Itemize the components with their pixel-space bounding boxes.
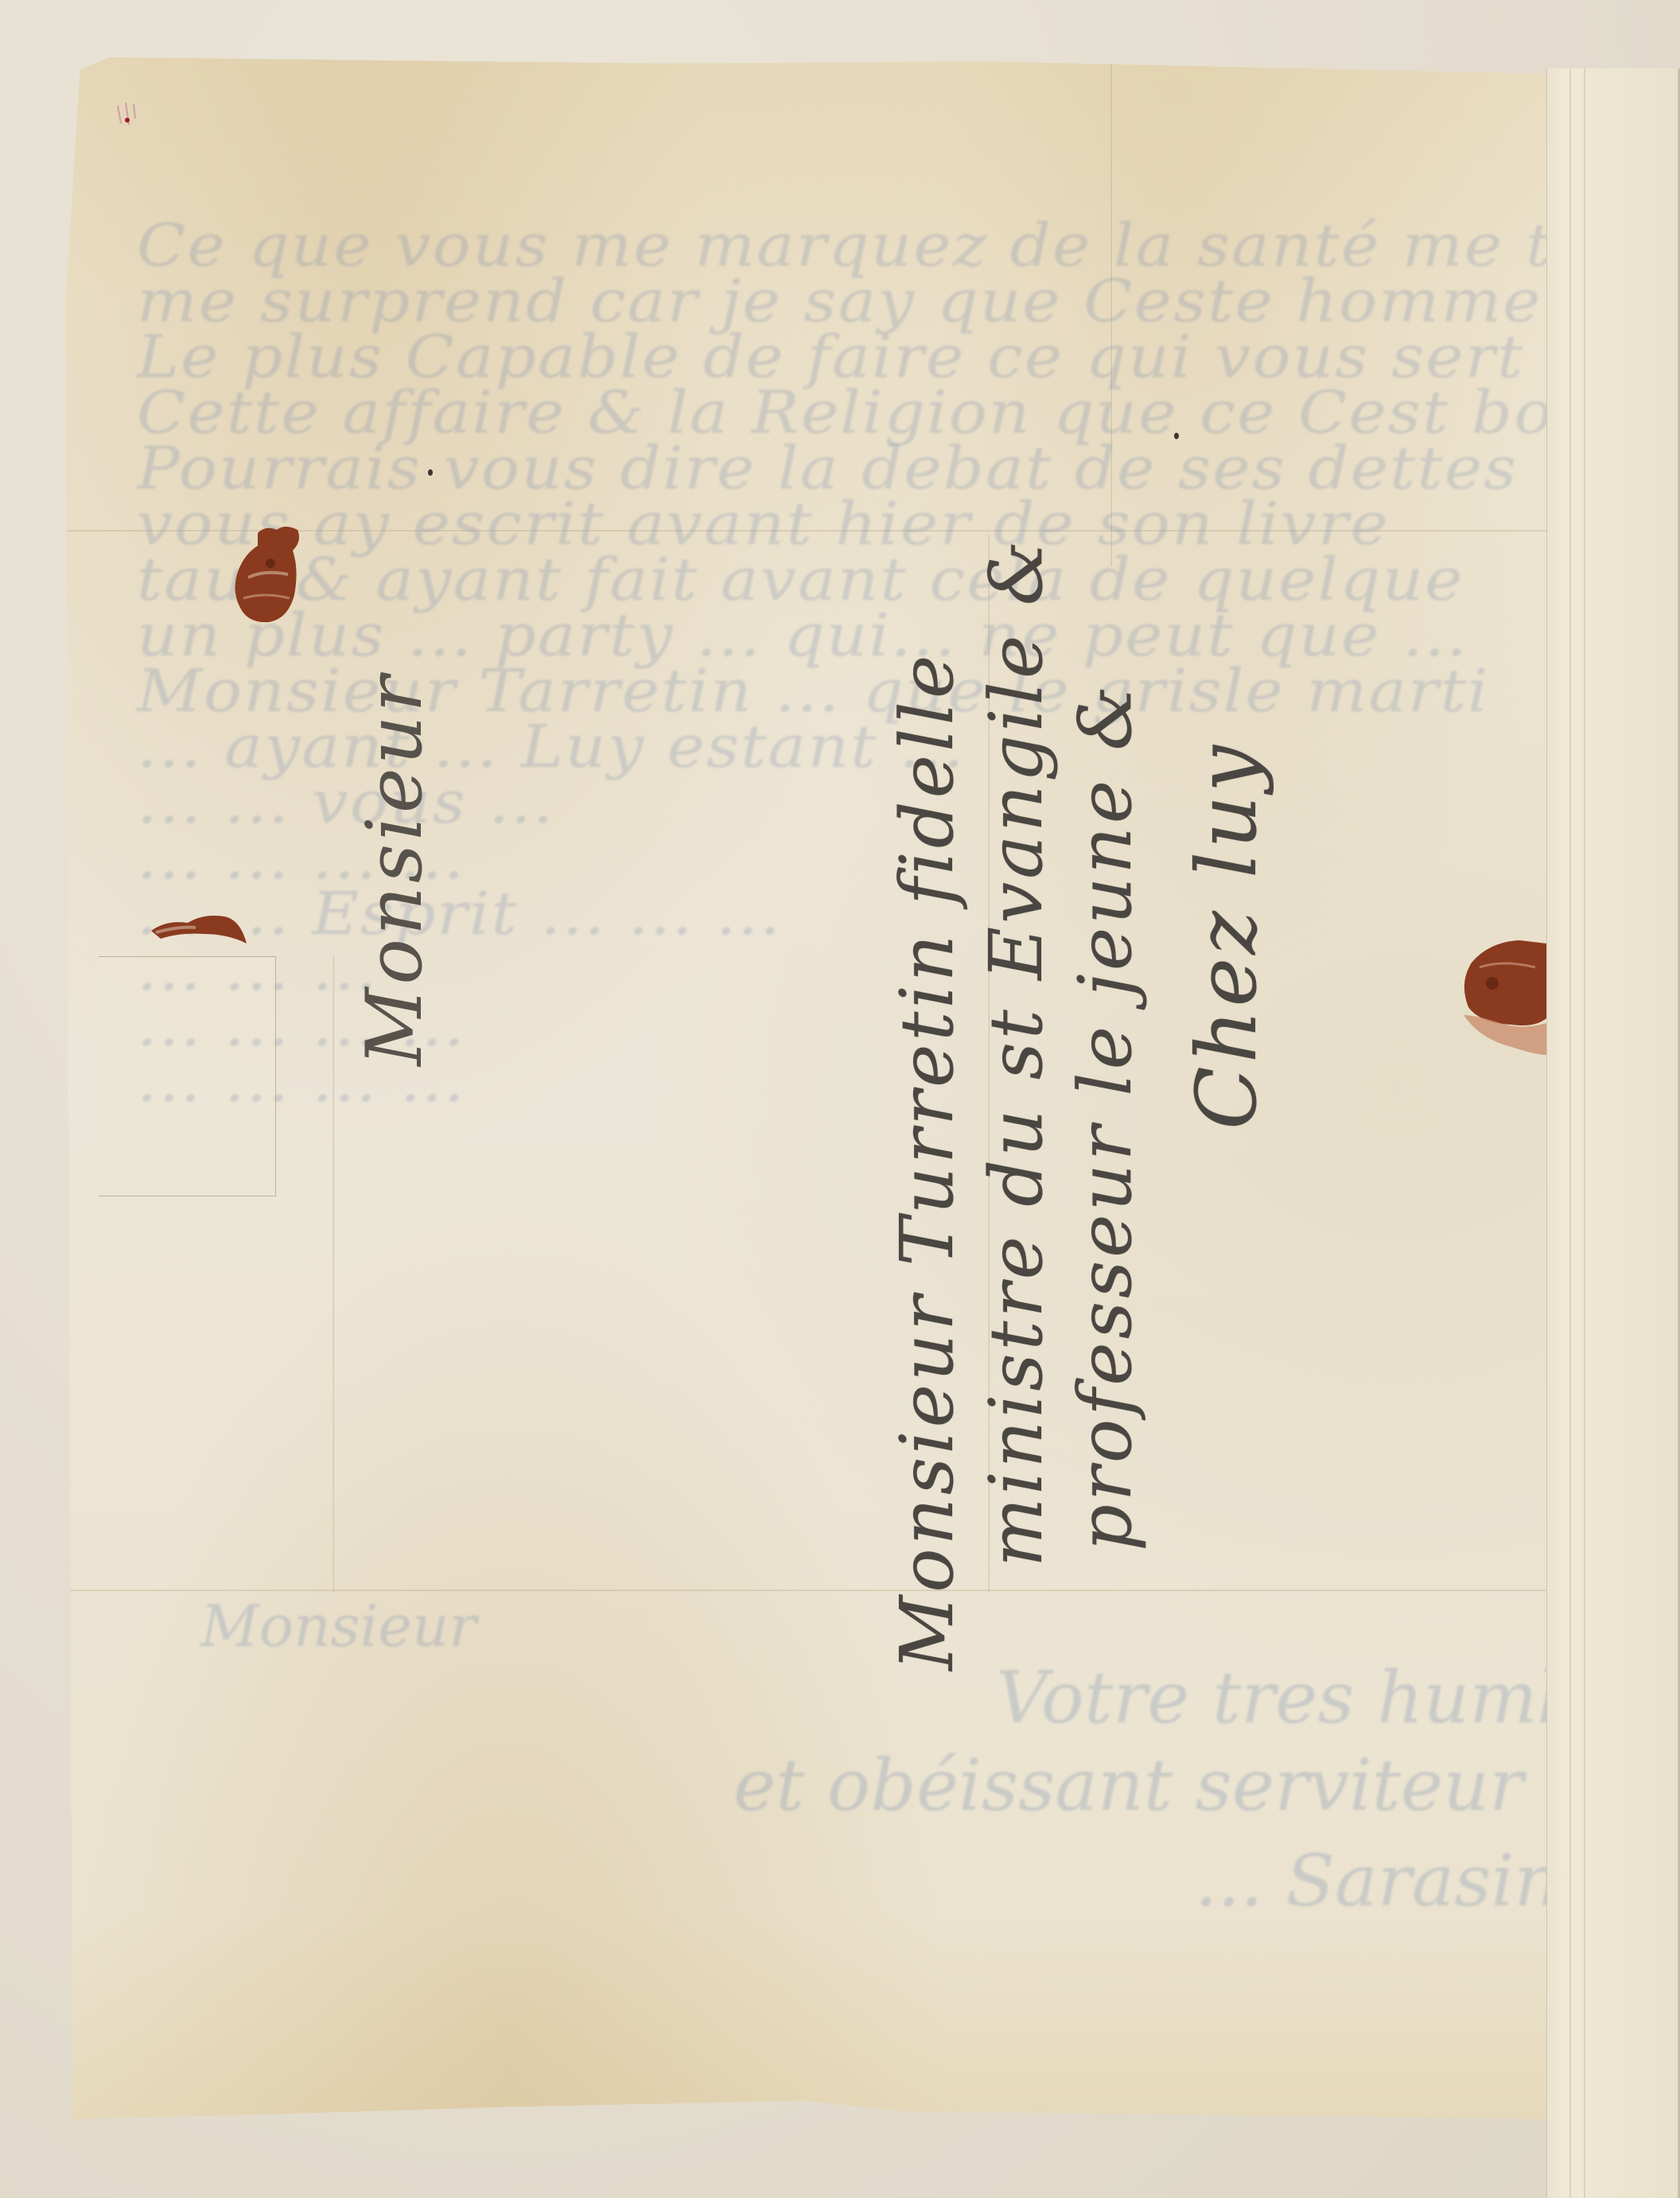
show-through-line: Pourrais vous dire la debat de ses dette… bbox=[137, 439, 1680, 495]
ink-speck bbox=[428, 469, 433, 476]
guard-crease bbox=[1584, 68, 1585, 2198]
show-through-line: Le plus Capable de faire ce qui vous ser… bbox=[137, 328, 1680, 383]
show-through-line: Cette affaire & la Religion que ce Cest … bbox=[137, 383, 1680, 439]
wax-seal-left-fragment bbox=[148, 912, 251, 951]
show-through-closing: Monsieur bbox=[200, 1593, 476, 1659]
address-line-title: ministre du st Evangile & bbox=[972, 581, 1061, 1671]
wax-seal-icon bbox=[224, 522, 320, 633]
letter-sheet: Ce que vous me marquez de la santé me to… bbox=[65, 57, 1546, 2119]
wax-seal-right bbox=[1448, 936, 1550, 1095]
horizontal-fold bbox=[65, 1589, 1546, 1592]
red-ink-mark-icon bbox=[111, 99, 159, 131]
ink-speck bbox=[1174, 433, 1179, 439]
wax-seal-icon bbox=[1448, 936, 1550, 1095]
wax-seal-icon bbox=[148, 912, 251, 951]
address-line-profession: professeur le jeune & bbox=[1061, 581, 1150, 1671]
show-through-line: vous ay escrit avant hier de son livre bbox=[137, 495, 1680, 550]
wax-seal-left-upper bbox=[224, 522, 320, 633]
show-through-line: me surprend car je say que Ceste homme d… bbox=[137, 272, 1680, 328]
show-through-closing: et obéissant serviteur bbox=[733, 1744, 1523, 1827]
address-line-recipient: Monsieur Turretin fidelle bbox=[883, 581, 972, 1671]
address-salutation: Monsieur bbox=[350, 673, 439, 1066]
guard-crease bbox=[1569, 68, 1571, 2198]
show-through-line: Ce que vous me marquez de la santé me to… bbox=[137, 216, 1680, 272]
address-block: Monsieur Turretin fidelle ministre du st… bbox=[883, 581, 1271, 1671]
show-through-signature: ... Sarasin bbox=[1195, 1839, 1560, 1923]
address-line-delivery: Chez luy bbox=[1182, 581, 1271, 1671]
binding-guard-strip bbox=[1546, 68, 1680, 2198]
